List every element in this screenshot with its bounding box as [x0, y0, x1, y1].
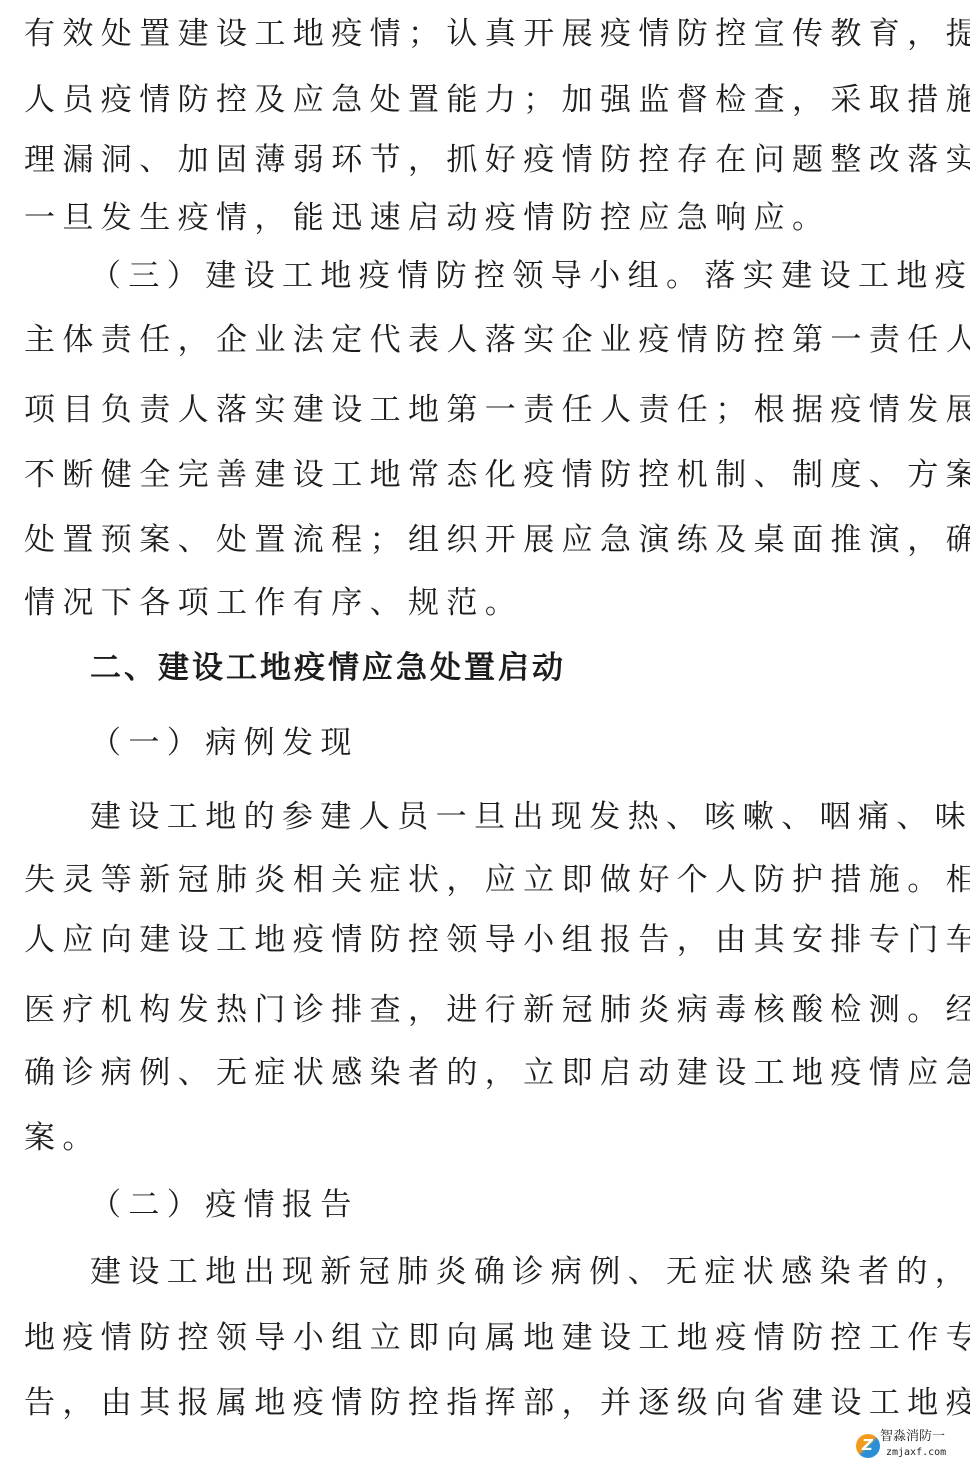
zm-logo-icon [856, 1434, 880, 1458]
paragraph-line: 案。 [24, 1118, 101, 1158]
subsection-heading: （一）病例发现 [90, 723, 359, 763]
paragraph-line: 理漏洞、加固薄弱环节，抓好疫情防控存在问题整改落实，确保 [24, 140, 946, 180]
paragraph-line: 有效处置建设工地疫情；认真开展疫情防控宣传教育，提高参建 [24, 14, 946, 54]
watermark: 智淼消防一 zmjaxf.com [856, 1428, 968, 1464]
paragraph-line: 主体责任，企业法定代表人落实企业疫情防控第一责任人责任， [24, 320, 946, 360]
document-page: 有效处置建设工地疫情；认真开展疫情防控宣传教育，提高参建 人员疫情防控及应急处置… [0, 0, 970, 1470]
paragraph-line: 医疗机构发热门诊排查，进行新冠肺炎病毒核酸检测。经检测为 [24, 990, 946, 1030]
section-heading: 二、建设工地疫情应急处置启动 [90, 648, 566, 688]
paragraph-line: 建设工地的参建人员一旦出现发热、咳嗽、咽痛、味觉嗅觉 [90, 797, 946, 837]
watermark-title: 智淼消防一 [880, 1429, 945, 1445]
paragraph-line: 项目负责人落实建设工地第一责任人责任；根据疫情发展变化， [24, 390, 946, 430]
paragraph-line: 不断健全完善建设工地常态化疫情防控机制、制度、方案和应急 [24, 455, 946, 495]
paragraph-line: 失灵等新冠肺炎相关症状，应立即做好个人防护措施。相关负责 [24, 860, 946, 900]
paragraph-line: 建设工地出现新冠肺炎确诊病例、无症状感染者的，建设工 [90, 1252, 946, 1292]
paragraph-line: 告，由其报属地疫情防控指挥部，并逐级向省建设工地疫情防控 [24, 1383, 946, 1423]
watermark-url: zmjaxf.com [886, 1446, 946, 1460]
paragraph-line: 情况下各项工作有序、规范。 [24, 583, 523, 623]
section-three-line: （三）建设工地疫情防控领导小组。落实建设工地疫情防控 [90, 256, 946, 296]
paragraph-line: 地疫情防控领导小组立即向属地建设工地疫情防控工作专班报 [24, 1318, 946, 1358]
paragraph-line: 处置预案、处置流程；组织开展应急演练及桌面推演，确保应急 [24, 520, 946, 560]
paragraph-line: 人员疫情防控及应急处置能力；加强监督检查，采取措施堵塞管 [24, 80, 946, 120]
subsection-heading: （二）疫情报告 [90, 1185, 359, 1225]
paragraph-line: 一旦发生疫情，能迅速启动疫情防控应急响应。 [24, 198, 830, 238]
paragraph-line: 确诊病例、无症状感染者的，立即启动建设工地疫情应急处置方 [24, 1053, 946, 1093]
paragraph-line: 人应向建设工地疫情防控领导小组报告，由其安排专门车辆送至 [24, 920, 946, 960]
